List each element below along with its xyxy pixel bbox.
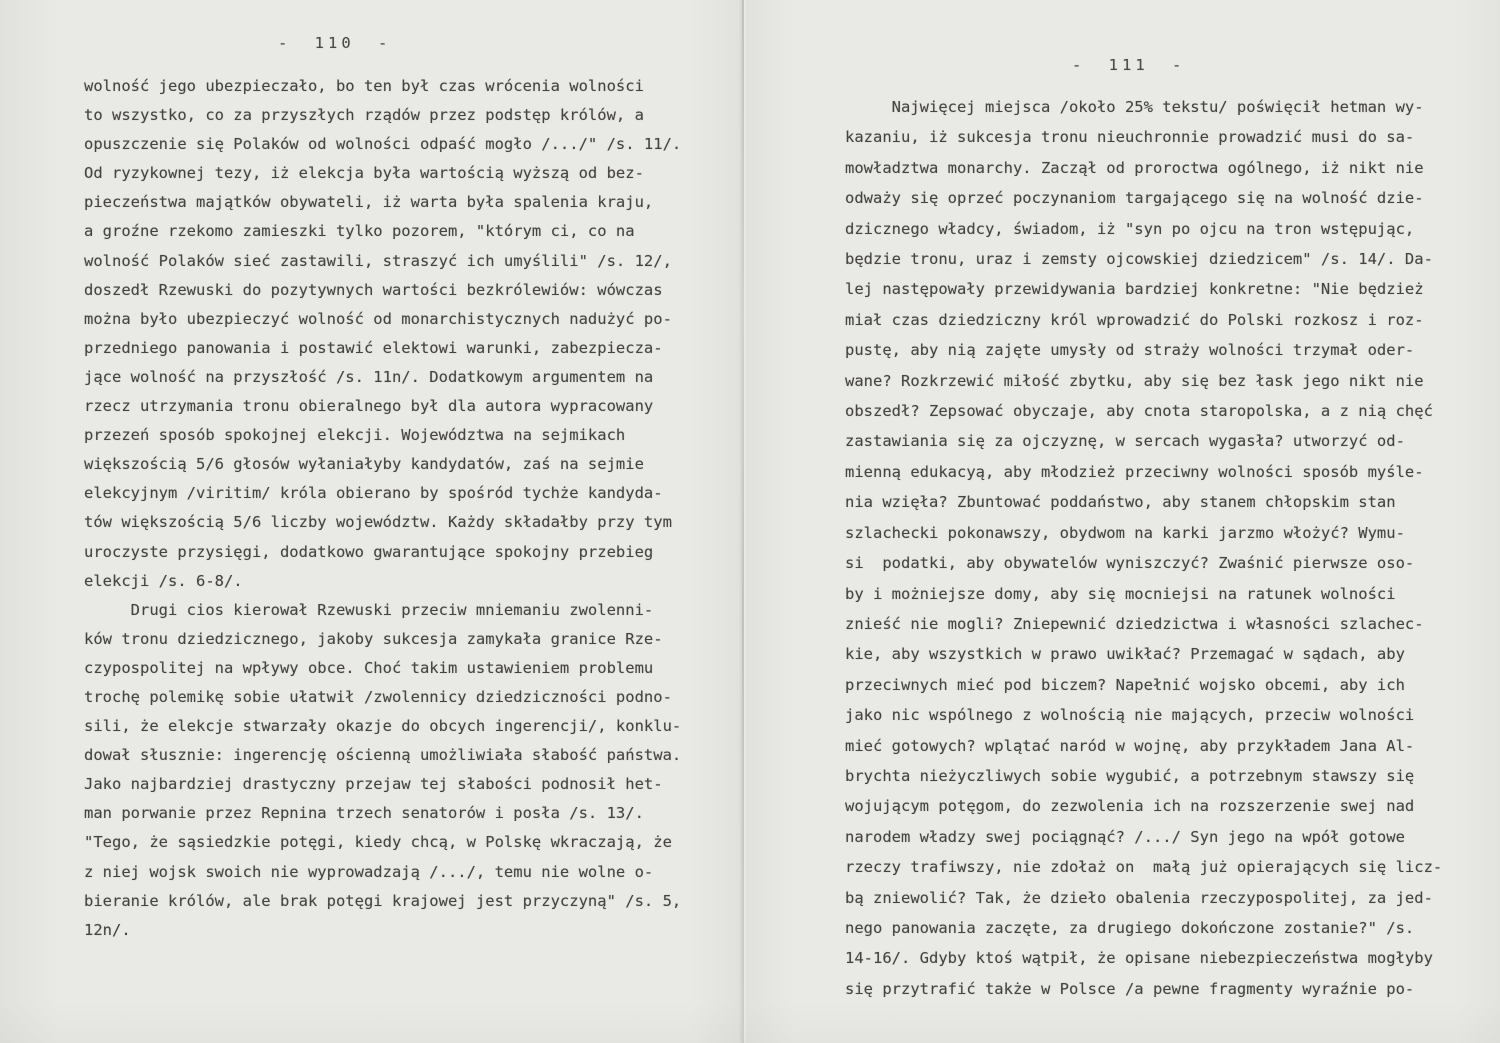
page-number-left: - 110 - — [278, 34, 391, 52]
page-111-body-text: Najwięcej miejsca /około 25% tekstu/ poś… — [845, 92, 1442, 1004]
page-110-body-text: wolność jego ubezpieczało, bo ten był cz… — [84, 72, 681, 945]
page-number-right: - 111 - — [1072, 56, 1185, 74]
book-scan: - 110 - wolność jego ubezpieczało, bo te… — [0, 0, 1500, 1043]
gutter-crease — [742, 0, 744, 1043]
